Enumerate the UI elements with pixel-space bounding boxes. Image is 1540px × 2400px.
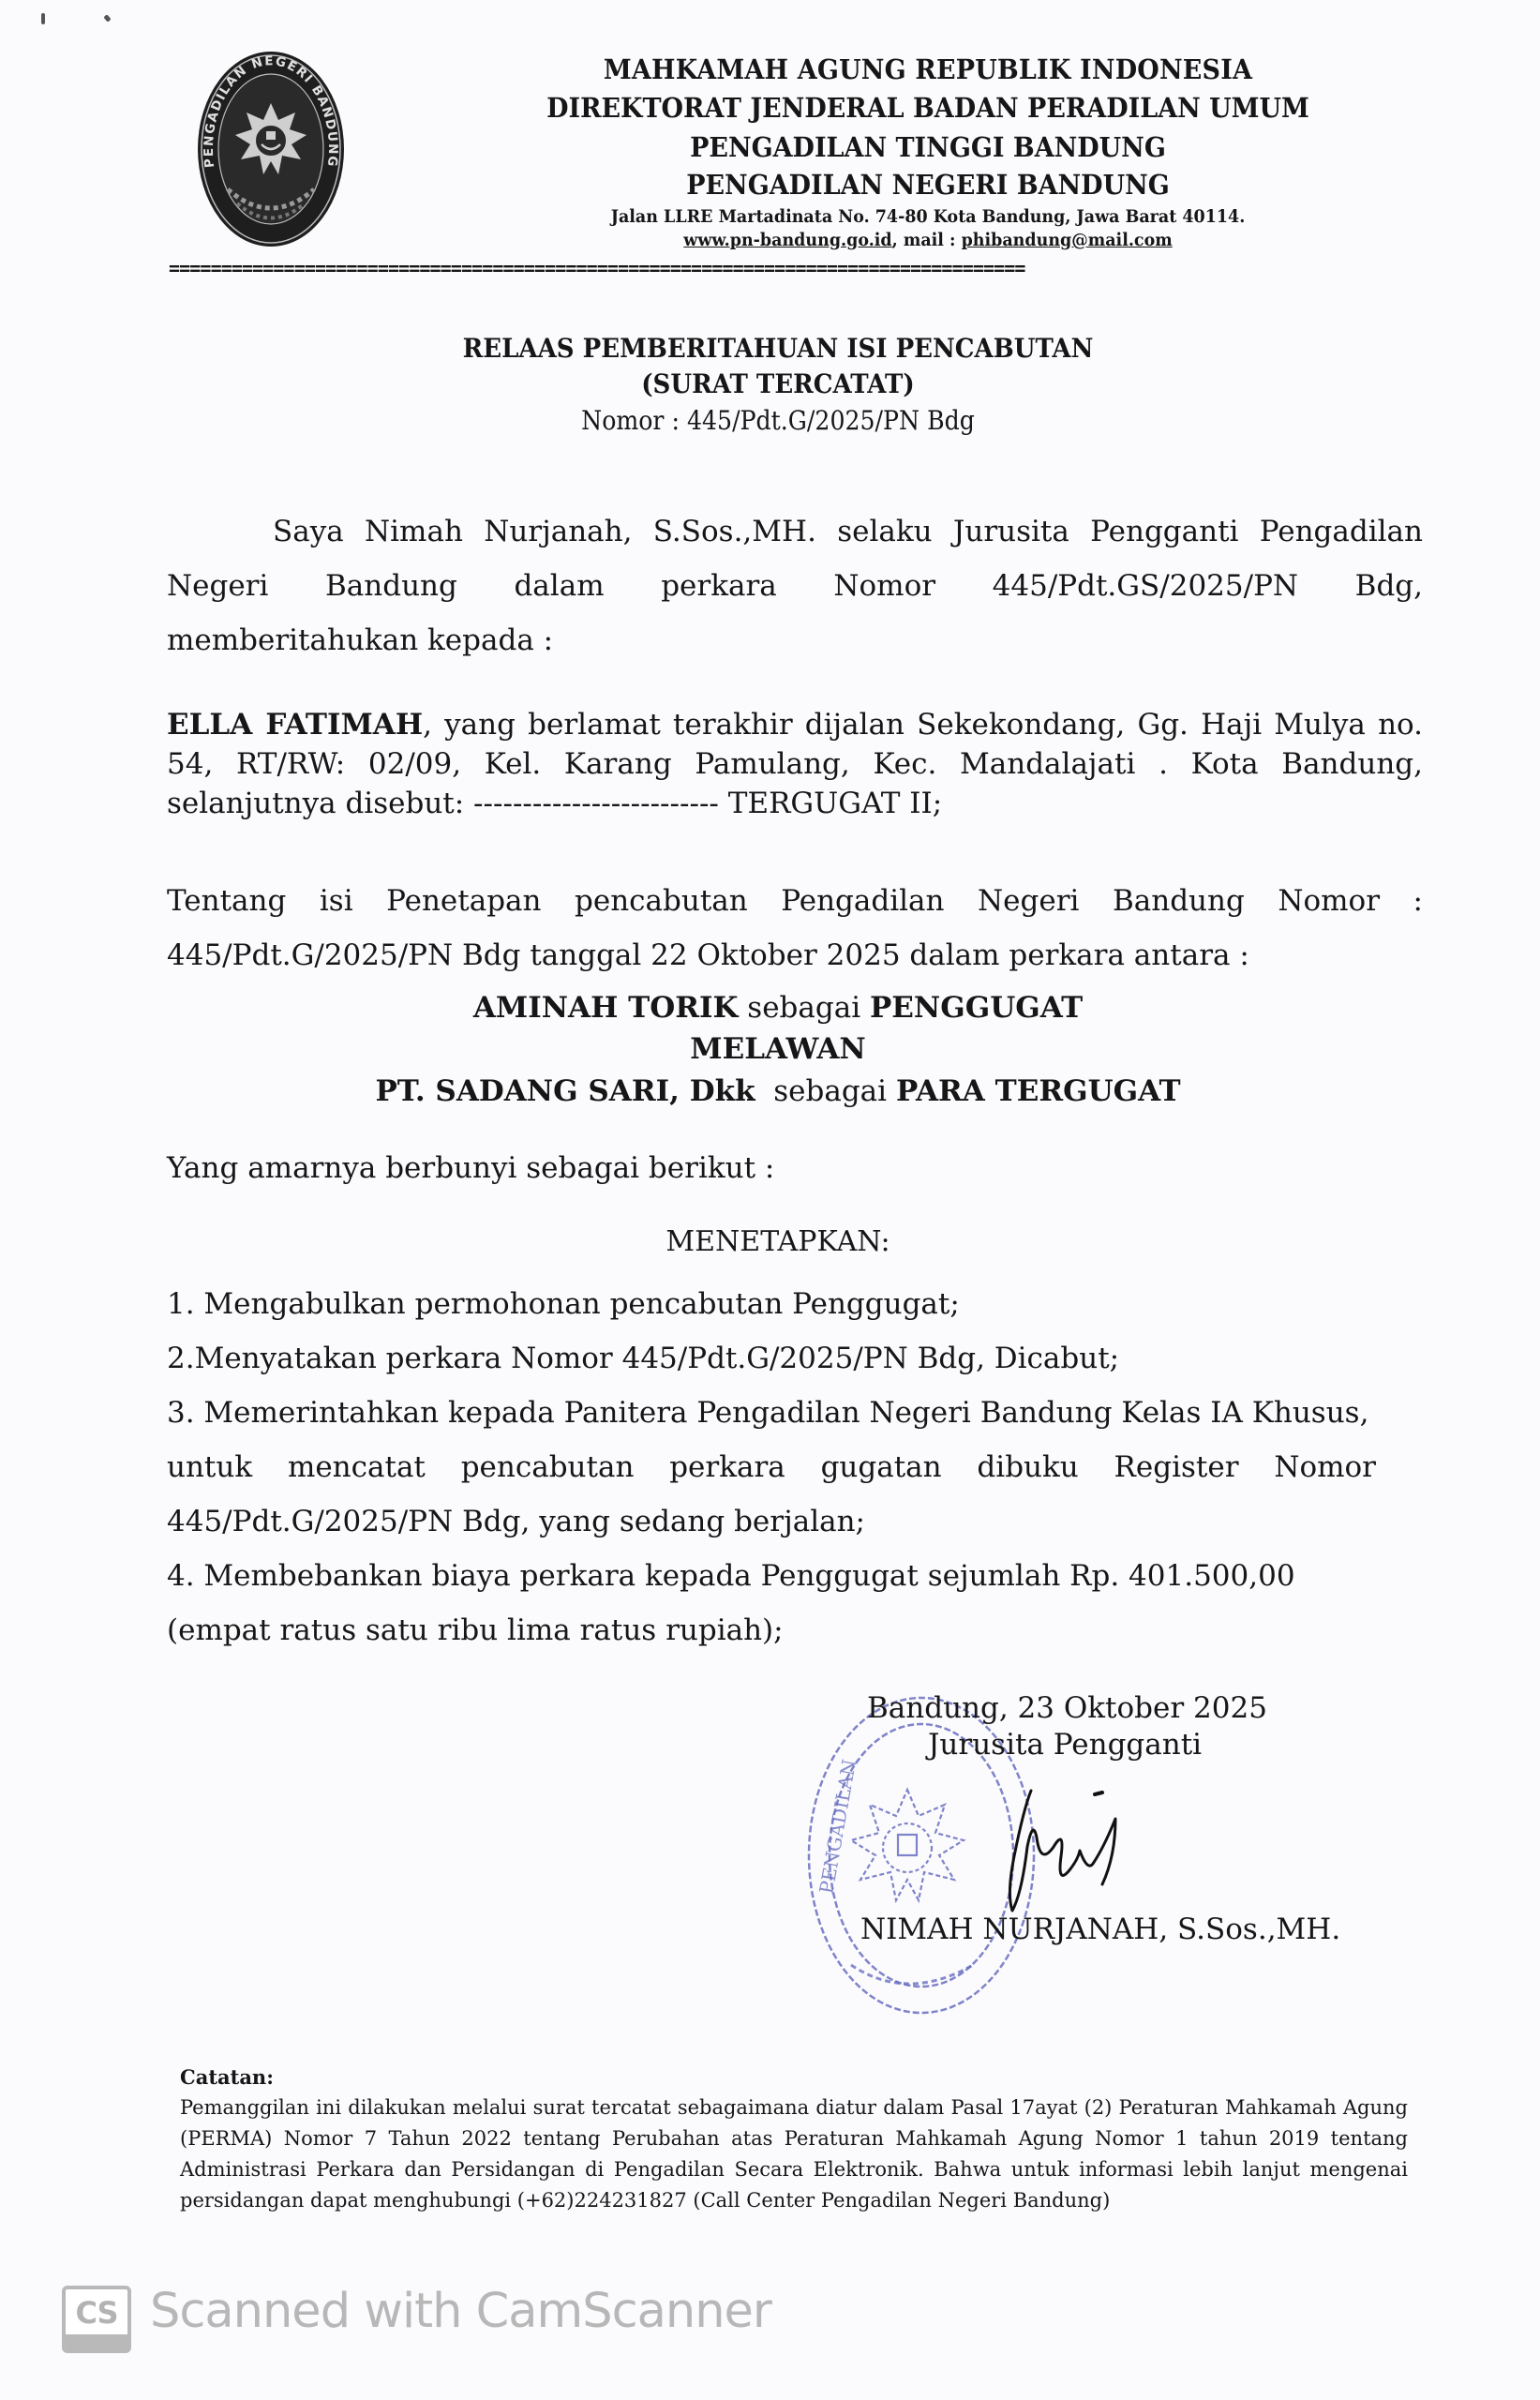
document-number: Nomor : 445/Pdt.G/2025/PN Bdg (356, 405, 1200, 436)
recipient-name: ELLA FATIMAH (167, 708, 423, 742)
header-separator: ========================================… (169, 260, 1425, 277)
plaintiff-name: AMINAH TORIK (473, 991, 739, 1025)
tentang-paragraph: Tentang isi Penetapan pencabutan Pengadi… (167, 874, 1423, 982)
signatory-name: NIMAH NURJANAH, S.Sos.,MH. (860, 1912, 1340, 1946)
ruling-item-4-cont: (empat ratus satu ribu lima ratus rupiah… (167, 1603, 1376, 1657)
header-line-2: DIREKTORAT JENDERAL BADAN PERADILAN UMUM (518, 92, 1338, 124)
intro-line: memberitahukan kepada : (167, 613, 1423, 667)
ruling-item-1: 1. Mengabulkan permohonan pencabutan Pen… (167, 1277, 1376, 1331)
ruling-item-3-cont: untuk mencatat pencabutan perkara gugata… (167, 1440, 1376, 1494)
ruling-item-3: 3. Memerintahkan kepada Panitera Pengadi… (167, 1386, 1376, 1440)
scan-specks (41, 13, 97, 22)
signature-position: Jurusita Pengganti (928, 1728, 1202, 1762)
header-contact: www.pn-bandung.go.id, mail : phibandung@… (523, 230, 1334, 250)
intro-line: Saya Nimah Nurjanah, S.Sos.,MH. selaku J… (167, 504, 1423, 559)
camscanner-watermark: Scanned with CamScanner (150, 2284, 771, 2339)
ruling-item-2: 2.Menyatakan perkara Nomor 445/Pdt.G/202… (167, 1331, 1376, 1386)
header-address: Jalan LLRE Martadinata No. 74-80 Kota Ba… (523, 206, 1334, 227)
email-link[interactable]: phibandung@mail.com (962, 230, 1173, 250)
ruling-intro: Yang amarnya berbunyi sebagai berikut : (167, 1151, 774, 1185)
signature-place-date: Bandung, 23 Oktober 2025 (867, 1691, 1267, 1725)
defendant-line: PT. SADANG SARI, Dkk sebagai PARA TERGUG… (309, 1072, 1247, 1111)
header-line-4: PENGADILAN NEGERI BANDUNG (518, 169, 1338, 201)
intro-paragraph: Saya Nimah Nurjanah, S.Sos.,MH. selaku J… (167, 504, 1423, 667)
intro-line: Negeri Bandung dalam perkara Nomor 445/P… (167, 559, 1423, 613)
camscanner-badge-text: CS (66, 2295, 127, 2331)
mail-label: , mail : (892, 230, 962, 250)
defendant-connector: sebagai (755, 1074, 896, 1108)
notes-text: Pemanggilan ini dilakukan melalui surat … (180, 2092, 1408, 2216)
plaintiff-line: AMINAH TORIK sebagai PENGGUGAT (309, 988, 1247, 1027)
header-line-3: PENGADILAN TINGGI BANDUNG (518, 131, 1338, 163)
ruling-items: 1. Mengabulkan permohonan pencabutan Pen… (167, 1277, 1376, 1657)
plaintiff-role: PENGGUGAT (870, 991, 1083, 1025)
handwritten-signature-icon (975, 1781, 1209, 1922)
header-line-1: MAHKAMAH AGUNG REPUBLIK INDONESIA (518, 53, 1338, 85)
ruling-item-3-cont: 445/Pdt.G/2025/PN Bdg, yang sedang berja… (167, 1494, 1376, 1549)
ruling-item-4: 4. Membebankan biaya perkara kepada Peng… (167, 1549, 1376, 1603)
plaintiff-connector: sebagai (738, 991, 870, 1025)
recipient-paragraph: ELLA FATIMAH, yang berlamat terakhir dij… (167, 705, 1423, 823)
notes-title: Catatan: (180, 2065, 274, 2089)
website-link[interactable]: www.pn-bandung.go.id (683, 230, 891, 250)
court-logo-icon: PENGADILAN NEGERI BANDUNG (195, 49, 347, 249)
versus-label: MELAWAN (309, 1029, 1247, 1069)
camscanner-logo-icon: CS (62, 2286, 131, 2353)
defendant-name: PT. SADANG SARI, Dkk (375, 1074, 755, 1108)
defendant-role: PARA TERGUGAT (896, 1074, 1181, 1108)
svg-text:PENGADILAN: PENGADILAN (815, 1758, 860, 1896)
tentang-line: Tentang isi Penetapan pencabutan Pengadi… (167, 874, 1423, 928)
tentang-line: 445/Pdt.G/2025/PN Bdg tanggal 22 Oktober… (167, 928, 1423, 982)
document-subtitle: (SURAT TERCATAT) (342, 368, 1214, 399)
document-title: RELAAS PEMBERITAHUAN ISI PENCABUTAN (342, 333, 1214, 364)
ruling-heading: MENETAPKAN: (309, 1225, 1247, 1258)
